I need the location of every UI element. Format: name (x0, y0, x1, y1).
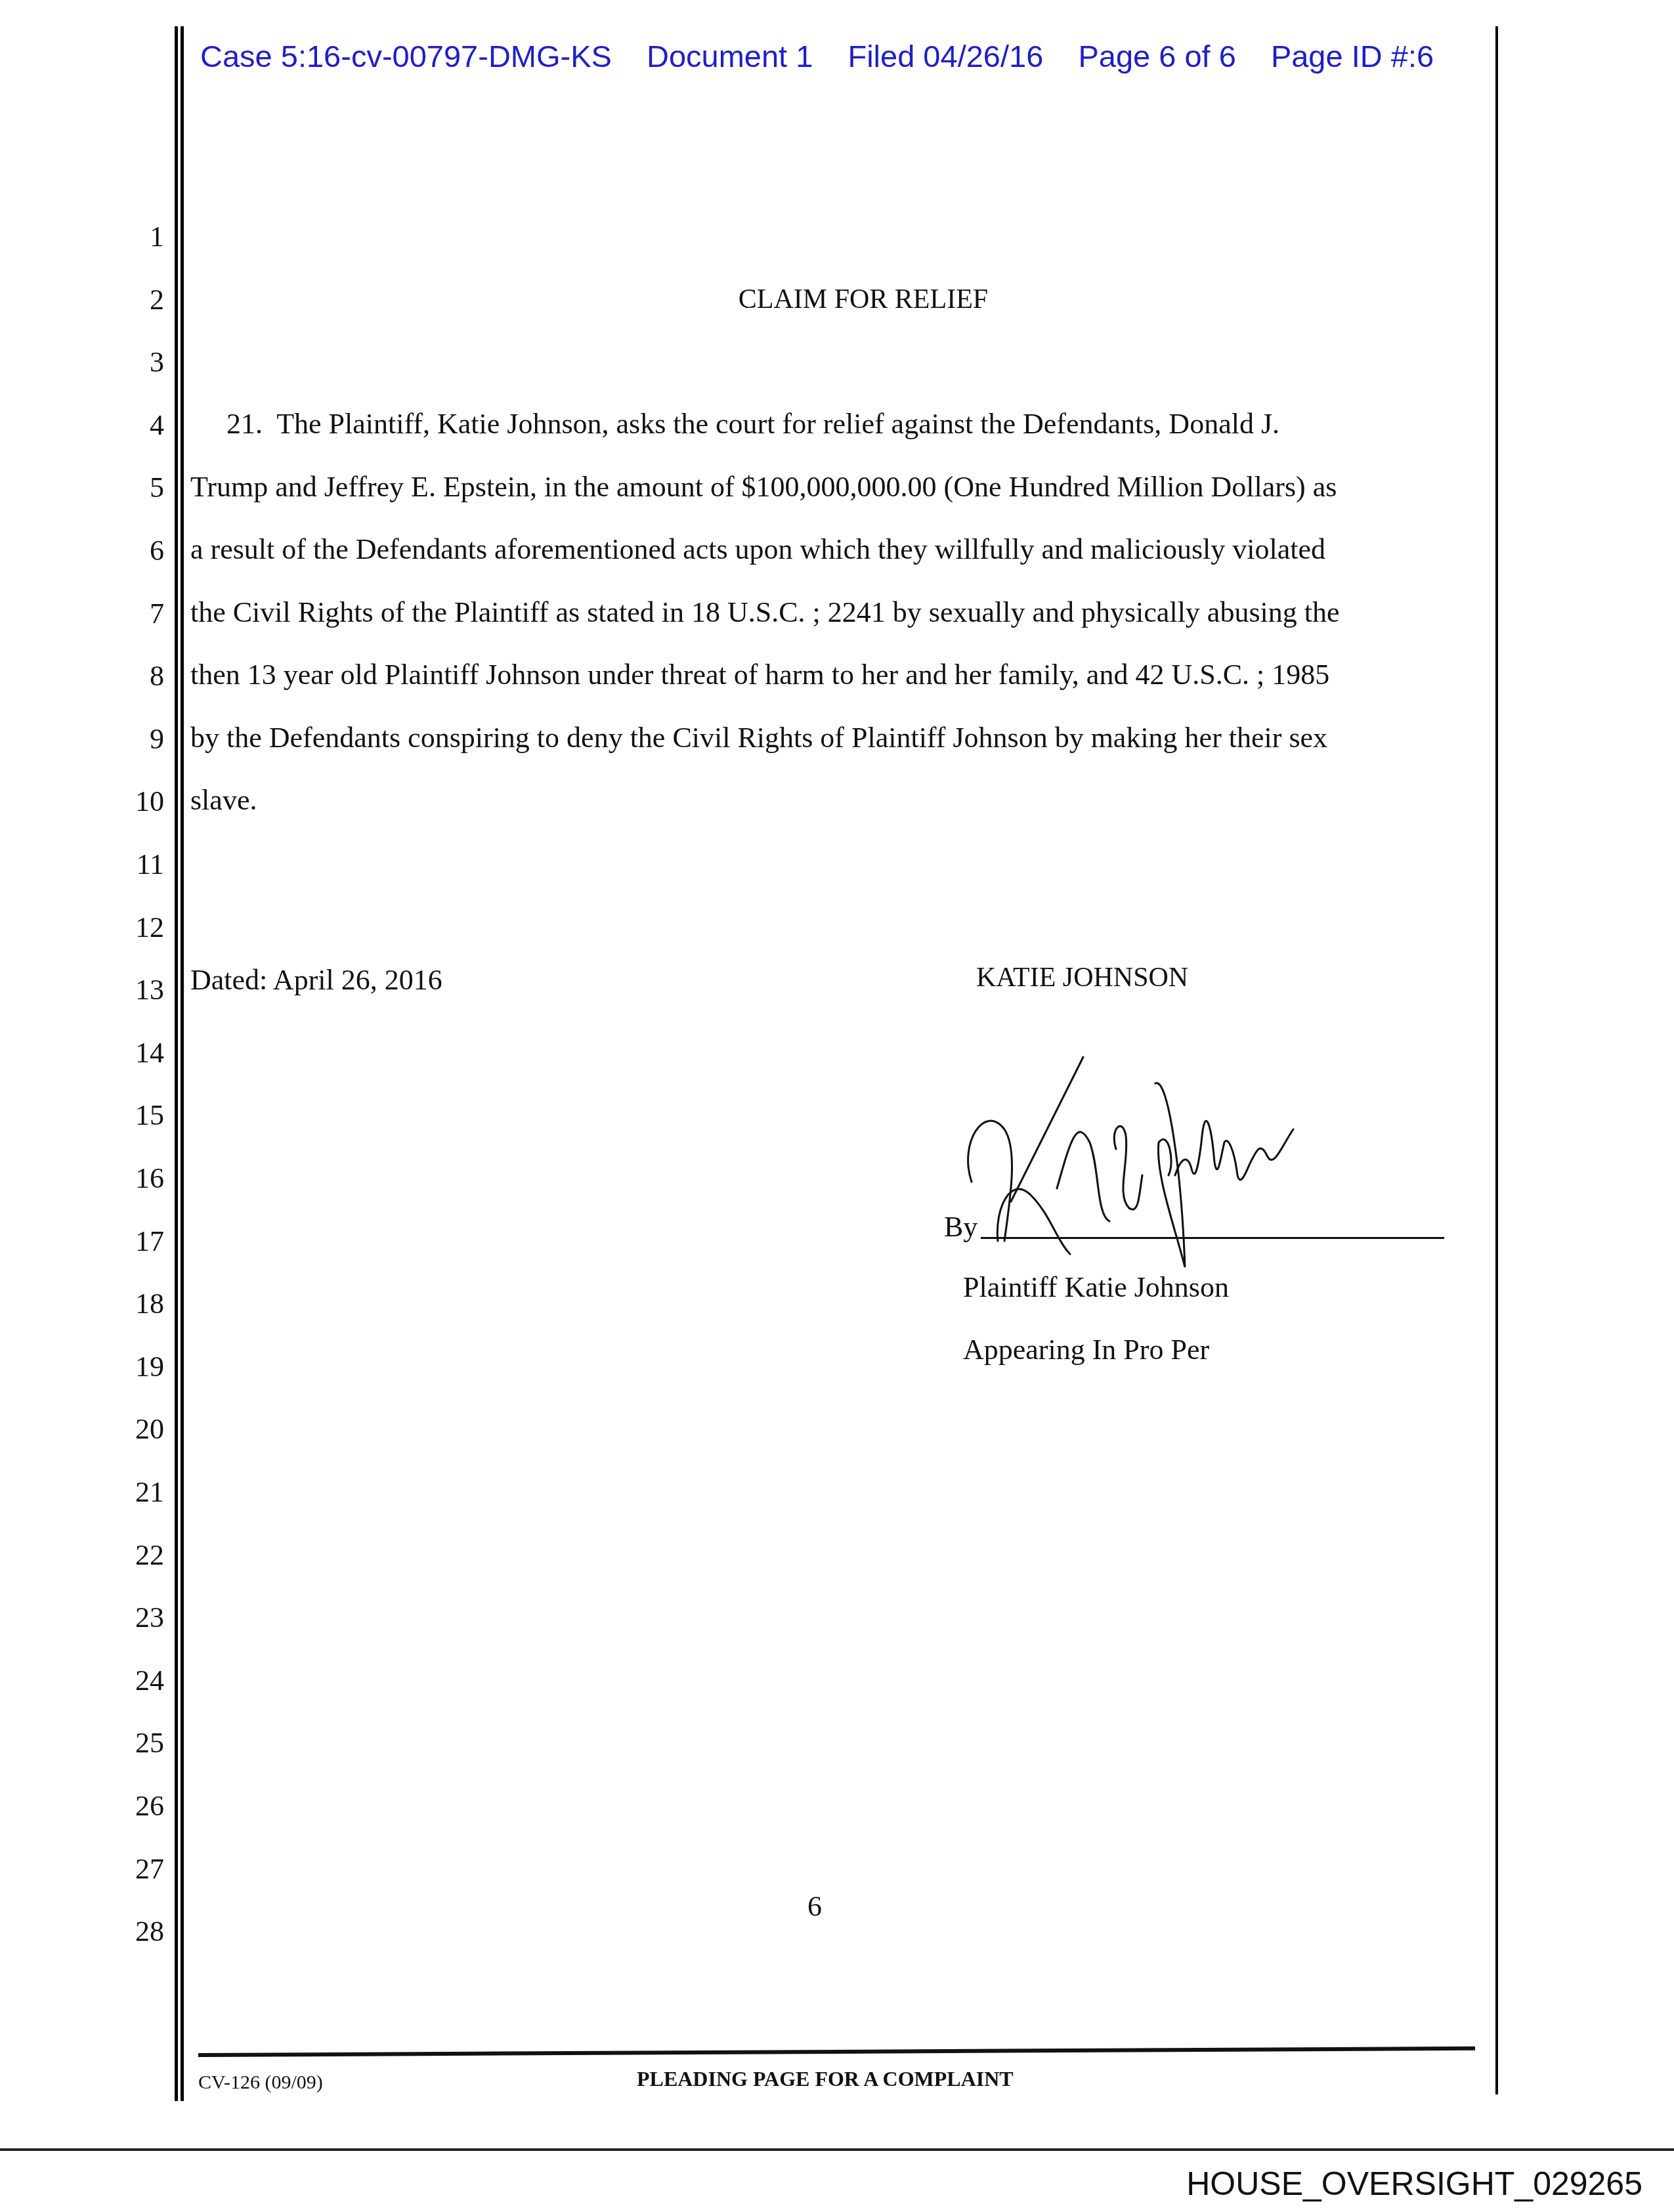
paragraph-line: Trump and Jeffrey E. Epstein, in the amo… (190, 470, 1337, 504)
line-number: 7 (150, 597, 164, 630)
handwritten-signature (958, 1044, 1352, 1280)
line-number: 4 (150, 408, 164, 442)
left-margin-rule-outer (175, 26, 178, 2101)
line-number: 11 (137, 848, 164, 881)
line-number: 5 (150, 471, 164, 504)
case-number: Case 5:16-cv-00797-DMG-KS (200, 39, 612, 74)
section-heading-text: CLAIM FOR RELIEF (739, 284, 988, 315)
bates-number: HOUSE_OVERSIGHT_029265 (1186, 2165, 1642, 2203)
footer-title: PLEADING PAGE FOR A COMPLAINT (637, 2067, 1014, 2091)
by-label: By (944, 1210, 977, 1244)
line-number: 10 (135, 785, 164, 818)
signer-role: Appearing In Pro Per (963, 1333, 1209, 1366)
paragraph-line: then 13 year old Plaintiff Johnson under… (190, 658, 1329, 691)
ecf-header-stamp: Case 5:16-cv-00797-DMG-KS Document 1 Fil… (200, 38, 1460, 74)
page-count: Page 6 of 6 (1078, 39, 1235, 74)
footer-rule (198, 2047, 1475, 2057)
left-margin-rule-inner (181, 26, 184, 2101)
filed-date: Filed 04/26/16 (848, 39, 1043, 74)
line-number: 25 (135, 1726, 164, 1760)
signer-title: Plaintiff Katie Johnson (963, 1270, 1229, 1304)
line-number: 23 (135, 1601, 164, 1634)
line-number: 8 (150, 659, 164, 693)
line-number: 22 (135, 1538, 164, 1572)
signer-name: KATIE JOHNSON (976, 962, 1188, 993)
page-id: Page ID #:6 (1271, 39, 1434, 74)
line-number: 21 (135, 1475, 164, 1509)
scan-edge-rule (0, 2148, 1674, 2151)
paragraph-line: a result of the Defendants aforementione… (190, 532, 1325, 566)
paragraph-line: 21. The Plaintiff, Katie Johnson, asks t… (190, 407, 1279, 441)
line-number: 19 (135, 1350, 164, 1383)
line-number: 17 (135, 1225, 164, 1258)
document-number: Document 1 (647, 39, 813, 74)
line-number: 12 (135, 911, 164, 944)
line-number: 13 (135, 973, 164, 1007)
line-number: 27 (135, 1852, 164, 1886)
line-number: 14 (135, 1036, 164, 1070)
line-number: 18 (135, 1287, 164, 1320)
line-number: 24 (135, 1664, 164, 1697)
line-number: 16 (135, 1161, 164, 1195)
right-margin-rule (1495, 26, 1498, 2094)
line-number: 28 (135, 1915, 164, 1948)
line-number: 1 (150, 220, 164, 253)
signature-line (981, 1237, 1444, 1239)
line-number: 15 (135, 1098, 164, 1132)
line-number: 26 (135, 1789, 164, 1823)
paragraph-line: slave. (190, 783, 257, 817)
line-number: 3 (150, 345, 164, 379)
form-number: CV-126 (09/09) (198, 2071, 323, 2094)
line-number: 9 (150, 722, 164, 756)
section-heading: CLAIM FOR RELIEF (0, 284, 1674, 315)
line-number: 6 (150, 534, 164, 567)
paragraph-line: the Civil Rights of the Plaintiff as sta… (190, 596, 1339, 629)
paragraph-line: by the Defendants conspiring to deny the… (190, 721, 1327, 754)
line-number: 20 (135, 1412, 164, 1446)
dated-line: Dated: April 26, 2016 (190, 963, 442, 997)
page-number: 6 (807, 1890, 822, 1923)
